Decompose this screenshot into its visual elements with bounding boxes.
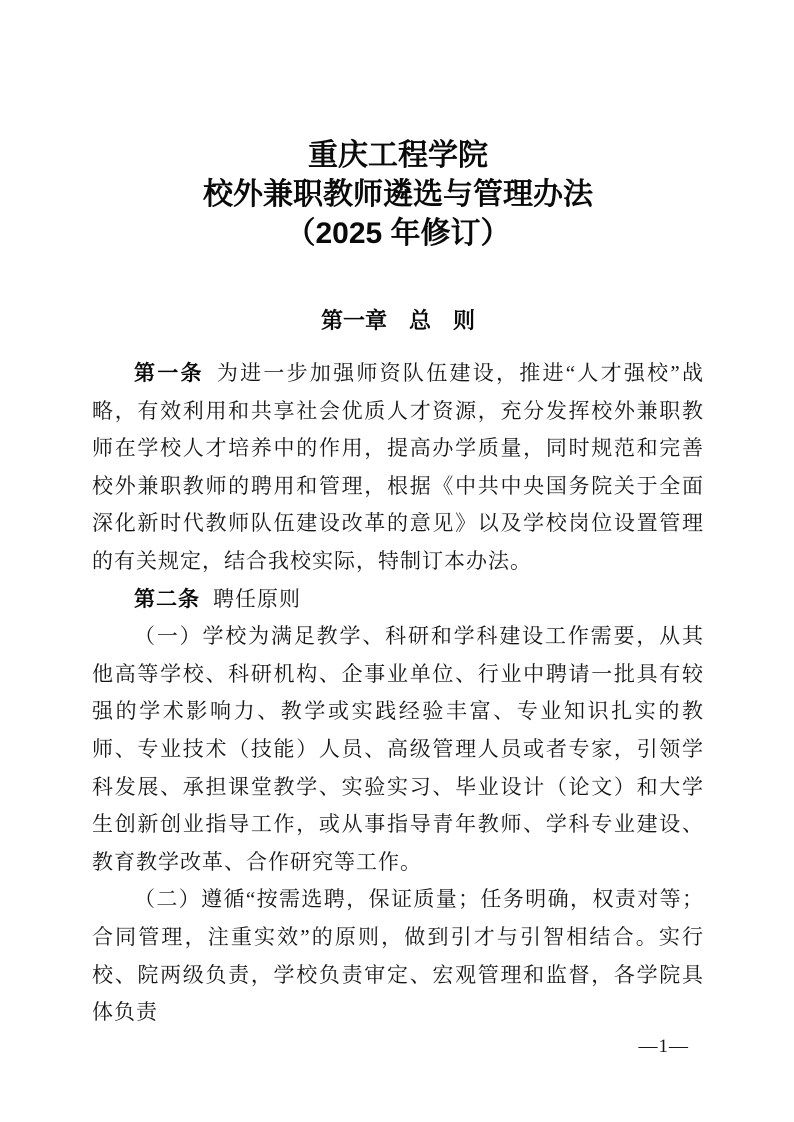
document-title: 重庆工程学院 校外兼职教师遴选与管理办法 （2025 年修订） <box>92 136 704 253</box>
document-body: 第一条为进一步加强师资队伍建设，推进“人才强校”战略，有效利用和共享社会优质人才… <box>92 355 704 1032</box>
chapter-heading: 第一章 总 则 <box>92 309 704 333</box>
paragraph-text-1: 为进一步加强师资队伍建设，推进“人才强校”战略，有效利用和共享社会优质人才资源，… <box>92 361 704 573</box>
body-paragraph-2: 第二条聘任原则 <box>92 581 704 619</box>
paragraph-lead-2: 第二条 <box>134 588 200 611</box>
page-number: —1— <box>639 1036 690 1058</box>
body-paragraph-4: （二）遵循“按需选聘，保证质量；任务明确，权责对等；合同管理，注重实效”的原则，… <box>92 881 704 1031</box>
document-title-line-1: 重庆工程学院 <box>92 136 704 175</box>
document-title-line-3: （2025 年修订） <box>92 214 704 253</box>
paragraph-lead-1: 第一条 <box>134 362 204 385</box>
body-paragraph-3: （一）学校为满足教学、科研和学科建设工作需要，从其他高等学校、科研机构、企事业单… <box>92 618 704 881</box>
paragraph-text-4: （二）遵循“按需选聘，保证质量；任务明确，权责对等；合同管理，注重实效”的原则，… <box>92 887 704 1024</box>
document-page: 重庆工程学院 校外兼职教师遴选与管理办法 （2025 年修订） 第一章 总 则 … <box>0 0 794 1122</box>
document-title-line-2: 校外兼职教师遴选与管理办法 <box>92 175 704 214</box>
paragraph-text-2: 聘任原则 <box>213 587 301 611</box>
document-content: 重庆工程学院 校外兼职教师遴选与管理办法 （2025 年修订） 第一章 总 则 … <box>92 0 704 1032</box>
paragraph-text-3: （一）学校为满足教学、科研和学科建设工作需要，从其他高等学校、科研机构、企事业单… <box>92 624 704 874</box>
body-paragraph-1: 第一条为进一步加强师资队伍建设，推进“人才强校”战略，有效利用和共享社会优质人才… <box>92 355 704 581</box>
